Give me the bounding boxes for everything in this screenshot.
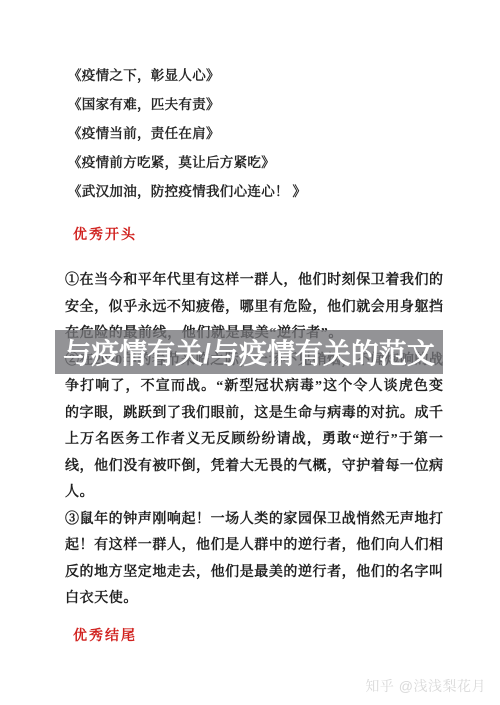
essay-title-3: 《疫情当前，责任在肩》 [68, 119, 306, 148]
essay-title-4: 《疫情前方吃紧，莫让后方紧吃》 [68, 148, 306, 177]
body-line: 反的地方坚定地走去，他们是最美的逆行者，他们的名字叫 [65, 560, 443, 587]
body-line: ①在当今和平年代里有这样一群人，他们时刻保卫着我们的 [65, 268, 443, 295]
essay-title-1: 《疫情之下，彰显人心》 [68, 61, 306, 90]
body-line: 上万名医务工作者义无反顾纷纷请战，勇敢“逆行”于第一 [65, 427, 443, 454]
gray-overlay-banner: 与疫情有关/与疫情有关的范文 [55, 330, 443, 374]
body-line: 争打响了，不宣而战。“新型冠状病毒”这个令人谈虎色变 [65, 374, 443, 401]
document-page: 《疫情之下，彰显人心》 《国家有难，匹夫有责》 《疫情当前，责任在肩》 《疫情前… [0, 0, 500, 705]
body-line: 线，他们没有被吓倒，凭着大无畏的气概，守护着每一位病 [65, 454, 443, 481]
ending-section-heading: 优秀结尾 [73, 625, 137, 645]
body-line: 起！有这样一群人，他们是人群中的逆行者，他们向人们相 [65, 533, 443, 560]
essay-title-list: 《疫情之下，彰显人心》 《国家有难，匹夫有责》 《疫情当前，责任在肩》 《疫情前… [68, 61, 306, 206]
essay-title-2: 《国家有难，匹夫有责》 [68, 90, 306, 119]
essay-body: ①在当今和平年代里有这样一群人，他们时刻保卫着我们的 安全，似乎永远不知疲倦，哪… [65, 268, 443, 613]
opening-section-heading: 优秀开头 [73, 224, 137, 244]
body-line: 安全，似乎永远不知疲倦，哪里有危险，他们就会用身躯挡 [65, 295, 443, 322]
body-line: 的字眼，跳跃到了我们眼前，这是生命与病毒的对抗。成千 [65, 401, 443, 428]
body-line: 白衣天使。 [65, 586, 443, 613]
body-line: 人。 [65, 480, 443, 507]
essay-title-5: 《武汉加油，防控疫情我们心连心！ 》 [68, 177, 306, 206]
banner-title-text: 与疫情有关/与疫情有关的范文 [63, 332, 435, 372]
zhihu-watermark: 知乎 @浅浅梨花月 [365, 676, 486, 696]
body-line: ③鼠年的钟声刚响起！一场人类的家园保卫战悄然无声地打 [65, 507, 443, 534]
